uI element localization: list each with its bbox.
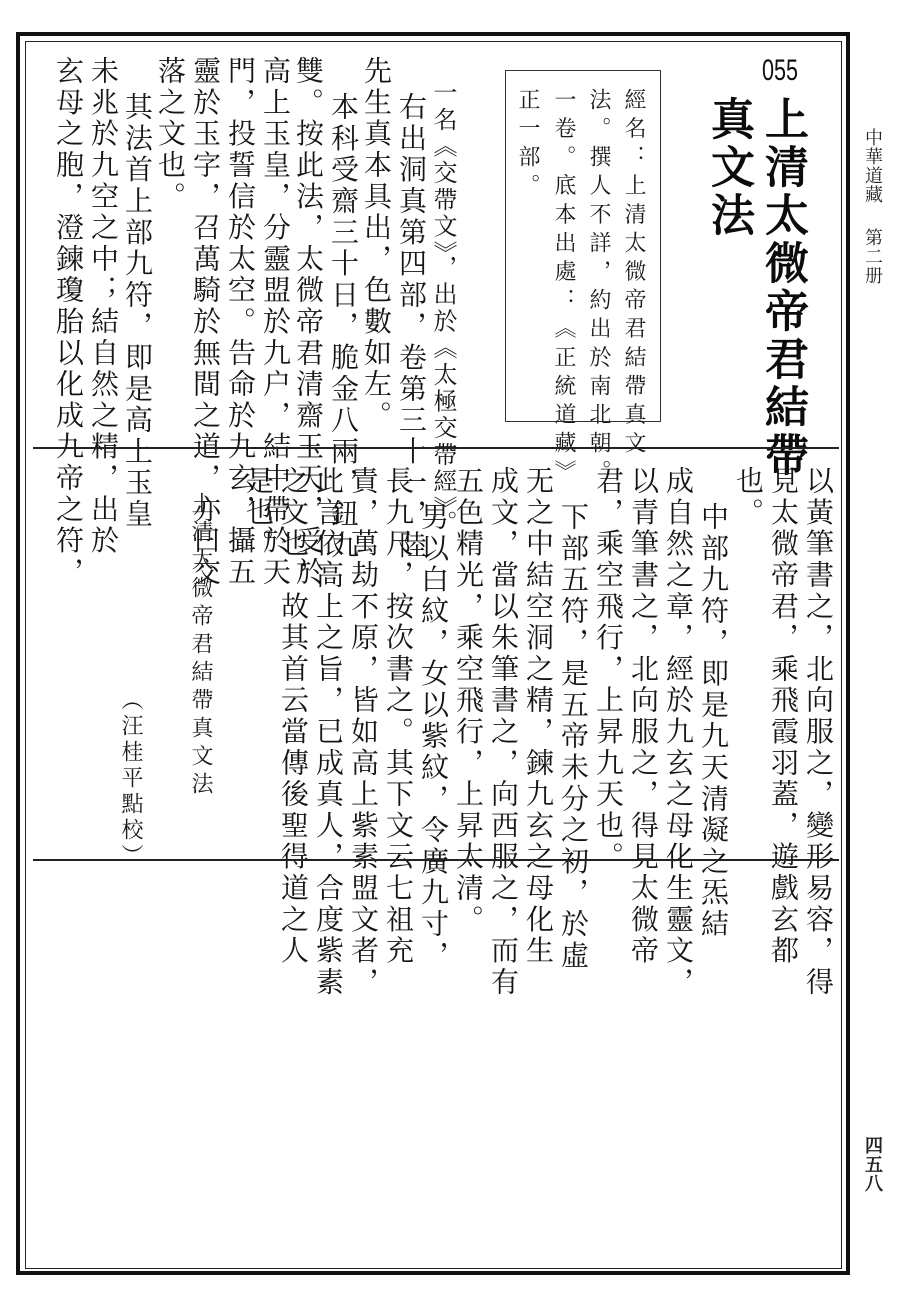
- text-column: 中部九符，即是九天清凝之炁結: [698, 502, 728, 940]
- entry-title-line1: 上清太微帝君結帶: [759, 96, 805, 480]
- text-column: 先生真本具出，色數如左。: [361, 56, 391, 432]
- text-column: 君，乘空飛行，上昇九天也。: [593, 466, 623, 873]
- text-column: 長九尺，按次書之。其下文云七祖充: [383, 466, 413, 967]
- text-column: 此言依高上之旨，已成真人，合度紫素: [313, 466, 343, 998]
- text-column: 五色精光，乘空飛行，上昇太清。: [453, 466, 483, 936]
- text-column: 見太微帝君，乘飛霞羽蓋，遊戲玄都: [768, 466, 798, 967]
- text-column: 之文也，故其首云當傳後聖得道之人: [278, 466, 308, 967]
- text-column: 是也。: [243, 466, 273, 560]
- info-line: 法。撰人不詳，約出於南北朝。: [586, 88, 610, 488]
- text-column: 成文，當以朱筆書之，向西服之，而有: [488, 466, 518, 998]
- text-column: 責，萬劫不原，皆如高上紫素盟文者，: [348, 466, 378, 998]
- entry-title-line2: 真文法: [705, 96, 751, 240]
- collator-credit: （汪桂平點校）: [118, 688, 142, 870]
- text-column: 玄母之胞，澄鍊瓊胎以化成九帝之符，: [53, 56, 83, 588]
- text-column: 落之文也。: [155, 56, 185, 213]
- text-column: 以青筆書之，北向服之，得見太微帝: [628, 466, 658, 967]
- entry-number: 055: [762, 54, 798, 88]
- register-divider: [33, 447, 839, 449]
- text-column: 成自然之章，經於九玄之母化生靈文，: [663, 466, 693, 998]
- end-title: 上清太微帝君結帶真文法: [188, 492, 212, 800]
- text-column: 下部五符，是五帝未分之初，於虛: [558, 502, 588, 972]
- running-header-collection: 中華道藏: [862, 128, 882, 204]
- text-column: 男以白紋，女以紫紋，令廣九寸，: [418, 502, 448, 972]
- text-column: 其法首上部九符，即是高上玉皇: [122, 92, 152, 530]
- text-column: 无之中結空洞之精，鍊九玄之母化生: [523, 466, 553, 967]
- running-header-volume: 第二册: [862, 228, 882, 285]
- section-end-divider: [33, 859, 839, 861]
- page-number: 四五八: [862, 1136, 882, 1193]
- text-column: 以黃筆書之，北向服之，變形易容，得: [803, 466, 833, 998]
- info-line: 一卷。底本出處：《正統道藏》: [551, 88, 575, 488]
- text-column: 也。: [733, 466, 763, 529]
- info-line: 正一部。: [515, 88, 539, 202]
- info-line: 經名：上清太微帝君結帶真文: [621, 88, 645, 460]
- text-column: 未兆於九空之中；結自然之精，出於: [88, 56, 118, 557]
